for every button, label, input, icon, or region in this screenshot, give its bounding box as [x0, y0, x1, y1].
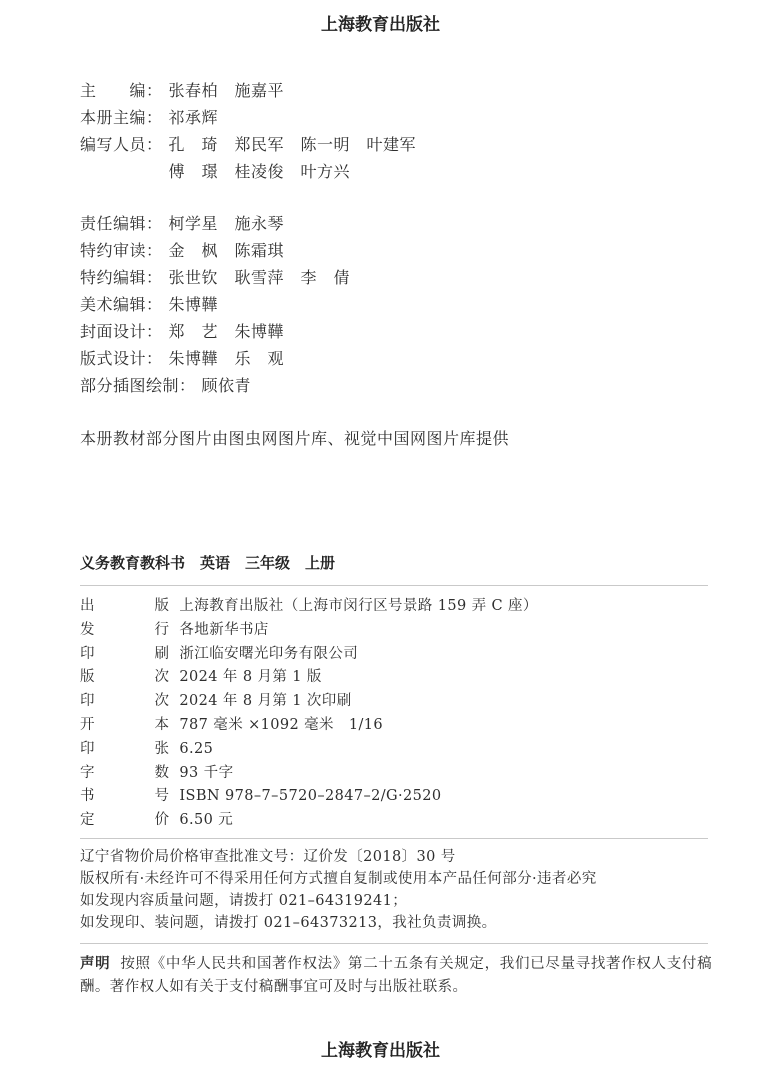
staff-label: 特约编辑： — [80, 268, 163, 287]
staff-label: 封面设计： — [80, 322, 163, 341]
staff-row: 部分插图绘制：顾依青 — [80, 372, 708, 399]
price-approval-line: 辽宁省物价局价格审查批准文号：辽价发〔2018〕30 号 — [80, 846, 708, 868]
publication-value: ISBN 978–7–5720–2847–2/G·2520 — [179, 788, 441, 804]
staff-row: 美术编辑：朱博鞾 — [80, 291, 708, 318]
publication-label: 印 次 — [80, 693, 169, 709]
publication-label: 定 价 — [80, 812, 169, 828]
divider — [80, 838, 708, 839]
staff-label: 版式设计： — [80, 349, 163, 368]
publication-value: 上海教育出版社（上海市闵行区号景路 159 弄 C 座） — [179, 598, 537, 614]
colophon-content: 主 编：张春柏 施嘉平 本册主编：祁承辉 编写人员：孔 琦 郑民军 陈一明 叶建… — [80, 77, 708, 999]
staff-value: 朱博鞾 — [169, 295, 219, 314]
staff-value: 柯学星 施永琴 — [169, 214, 285, 233]
legal-block: 辽宁省物价局价格审查批准文号：辽价发〔2018〕30 号 版权所有·未经许可不得… — [80, 846, 708, 934]
colophon-page: 上海教育出版社 主 编：张春柏 施嘉平 本册主编：祁承辉 编写人员：孔 琦 郑民… — [0, 0, 761, 1075]
printing-hotline-line: 如发现印、装问题，请拨打 021–64373213，我社负责调换。 — [80, 912, 708, 934]
staff-value: 朱博鞾 乐 观 — [169, 349, 285, 368]
staff-row: 特约编辑：张世钦 耿雪萍 李 倩 — [80, 264, 708, 291]
publication-label: 开 本 — [80, 717, 169, 733]
publisher-header: 上海教育出版社 — [0, 0, 761, 35]
publication-row: 发 行各地新华书店 — [80, 619, 708, 643]
publication-row: 印 张6.25 — [80, 738, 708, 762]
staff-label: 特约审读： — [80, 241, 163, 260]
credits-row: 本册主编：祁承辉 — [80, 104, 708, 131]
publication-block: 出 版上海教育出版社（上海市闵行区号景路 159 弄 C 座） 发 行各地新华书… — [80, 595, 708, 833]
declaration-text: 按照《中华人民共和国著作权法》第二十五条有关规定，我们已尽量寻找著作权人支付稿酬… — [80, 956, 712, 995]
publication-value: 2024 年 8 月第 1 次印刷 — [179, 693, 351, 709]
copyright-declaration: 声明按照《中华人民共和国著作权法》第二十五条有关规定，我们已尽量寻找著作权人支付… — [80, 953, 712, 999]
publication-row: 书 号ISBN 978–7–5720–2847–2/G·2520 — [80, 785, 708, 809]
credits-row: 傅 璟 桂凌俊 叶方兴 — [80, 158, 708, 185]
copyright-line: 版权所有·未经许可不得采用任何方式擅自复制或使用本产品任何部分·违者必究 — [80, 868, 708, 890]
quality-hotline-line: 如发现内容质量问题，请拨打 021–64319241； — [80, 890, 708, 912]
staff-value: 顾依青 — [202, 376, 252, 395]
publication-value: 浙江临安曙光印务有限公司 — [179, 646, 358, 662]
publication-value: 787 毫米 ×1092 毫米 1/16 — [179, 717, 383, 733]
publication-value: 6.50 元 — [179, 812, 233, 828]
staff-block: 责任编辑：柯学星 施永琴 特约审读：金 枫 陈霜琪 特约编辑：张世钦 耿雪萍 李… — [80, 210, 708, 399]
publication-value: 各地新华书店 — [179, 622, 268, 638]
publication-row: 印 刷浙江临安曙光印务有限公司 — [80, 643, 708, 667]
publication-row: 定 价6.50 元 — [80, 809, 708, 833]
staff-row: 特约审读：金 枫 陈霜琪 — [80, 237, 708, 264]
publication-label: 版 次 — [80, 669, 169, 685]
editors-block: 主 编：张春柏 施嘉平 本册主编：祁承辉 编写人员：孔 琦 郑民军 陈一明 叶建… — [80, 77, 708, 185]
publisher-footer: 上海教育出版社 — [0, 1036, 761, 1061]
publication-label: 出 版 — [80, 598, 169, 614]
staff-row: 封面设计：郑 艺 朱博鞾 — [80, 318, 708, 345]
staff-row: 版式设计：朱博鞾 乐 观 — [80, 345, 708, 372]
series-title: 义务教育教科书 英语 三年级 上册 — [80, 552, 708, 574]
publication-row: 字 数93 千字 — [80, 762, 708, 786]
staff-value: 郑 艺 朱博鞾 — [169, 322, 285, 341]
credits-label: 本册主编： — [80, 108, 163, 127]
divider — [80, 585, 708, 586]
image-credit-note: 本册教材部分图片由图虫网图片库、视觉中国网图片库提供 — [80, 425, 708, 452]
publication-label: 印 张 — [80, 741, 169, 757]
credits-label: 主 编： — [80, 81, 163, 100]
credits-row: 编写人员：孔 琦 郑民军 陈一明 叶建军 — [80, 131, 708, 158]
staff-label: 责任编辑： — [80, 214, 163, 233]
credits-value: 傅 璟 桂凌俊 叶方兴 — [169, 162, 351, 181]
credits-value: 祁承辉 — [169, 108, 219, 127]
staff-label: 部分插图绘制： — [80, 376, 196, 395]
staff-value: 金 枫 陈霜琪 — [169, 241, 285, 260]
staff-label: 美术编辑： — [80, 295, 163, 314]
publication-value: 2024 年 8 月第 1 版 — [179, 669, 321, 685]
publication-row: 出 版上海教育出版社（上海市闵行区号景路 159 弄 C 座） — [80, 595, 708, 619]
credits-label — [80, 162, 163, 181]
declaration-lead: 声明 — [80, 956, 110, 972]
publication-row: 开 本787 毫米 ×1092 毫米 1/16 — [80, 714, 708, 738]
publication-value: 93 千字 — [179, 765, 233, 781]
publication-value: 6.25 — [179, 741, 213, 757]
publication-row: 印 次2024 年 8 月第 1 次印刷 — [80, 690, 708, 714]
divider — [80, 943, 708, 944]
credits-row: 主 编：张春柏 施嘉平 — [80, 77, 708, 104]
staff-value: 张世钦 耿雪萍 李 倩 — [169, 268, 351, 287]
credits-label: 编写人员： — [80, 135, 163, 154]
publication-label: 字 数 — [80, 765, 169, 781]
publication-label: 书 号 — [80, 788, 169, 804]
publication-label: 发 行 — [80, 622, 169, 638]
publication-label: 印 刷 — [80, 646, 169, 662]
credits-value: 张春柏 施嘉平 — [169, 81, 285, 100]
staff-row: 责任编辑：柯学星 施永琴 — [80, 210, 708, 237]
credits-value: 孔 琦 郑民军 陈一明 叶建军 — [169, 135, 417, 154]
publication-row: 版 次2024 年 8 月第 1 版 — [80, 666, 708, 690]
